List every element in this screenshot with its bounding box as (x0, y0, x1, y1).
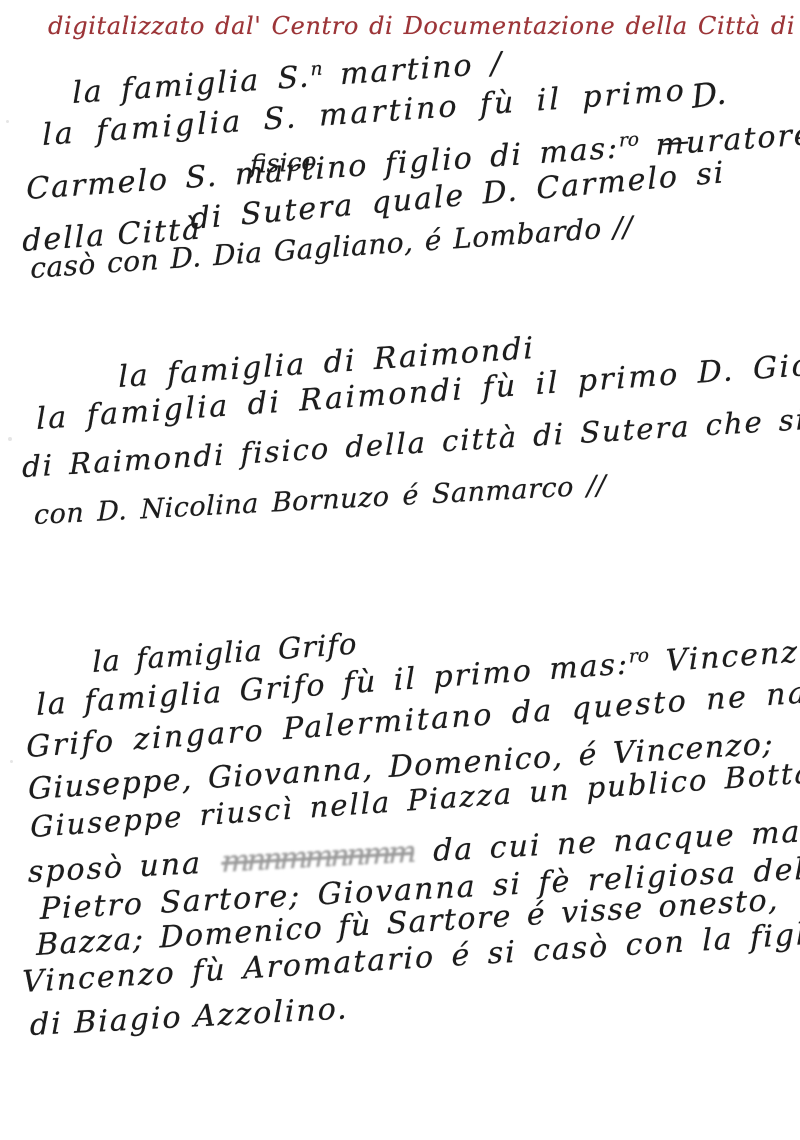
p3-line2-superscript: ro (629, 645, 649, 667)
p2-line-4: con D. Nicolina Bornuzo é Sanmarco // (34, 470, 606, 531)
p1-line2-suffix-d: D. (690, 73, 728, 116)
scanned-page: digitalizzato dal' Centro di Documentazi… (0, 0, 800, 1140)
p1-title-post: martino / (322, 46, 503, 94)
digitization-header: digitalizzato dal' Centro di Documentazi… (48, 12, 754, 40)
scan-speckle (6, 120, 9, 123)
scan-speckle (10, 760, 13, 763)
p1-line3-superscript: ro (619, 129, 639, 151)
p3-line-10: di Biagio Azzolino. (30, 991, 349, 1043)
p3-line2-post: Vincenzico (649, 631, 800, 680)
p3-line6-pre: sposò una (28, 846, 202, 890)
p1-title-superscript: n (310, 58, 322, 80)
scan-speckle (8, 437, 12, 441)
